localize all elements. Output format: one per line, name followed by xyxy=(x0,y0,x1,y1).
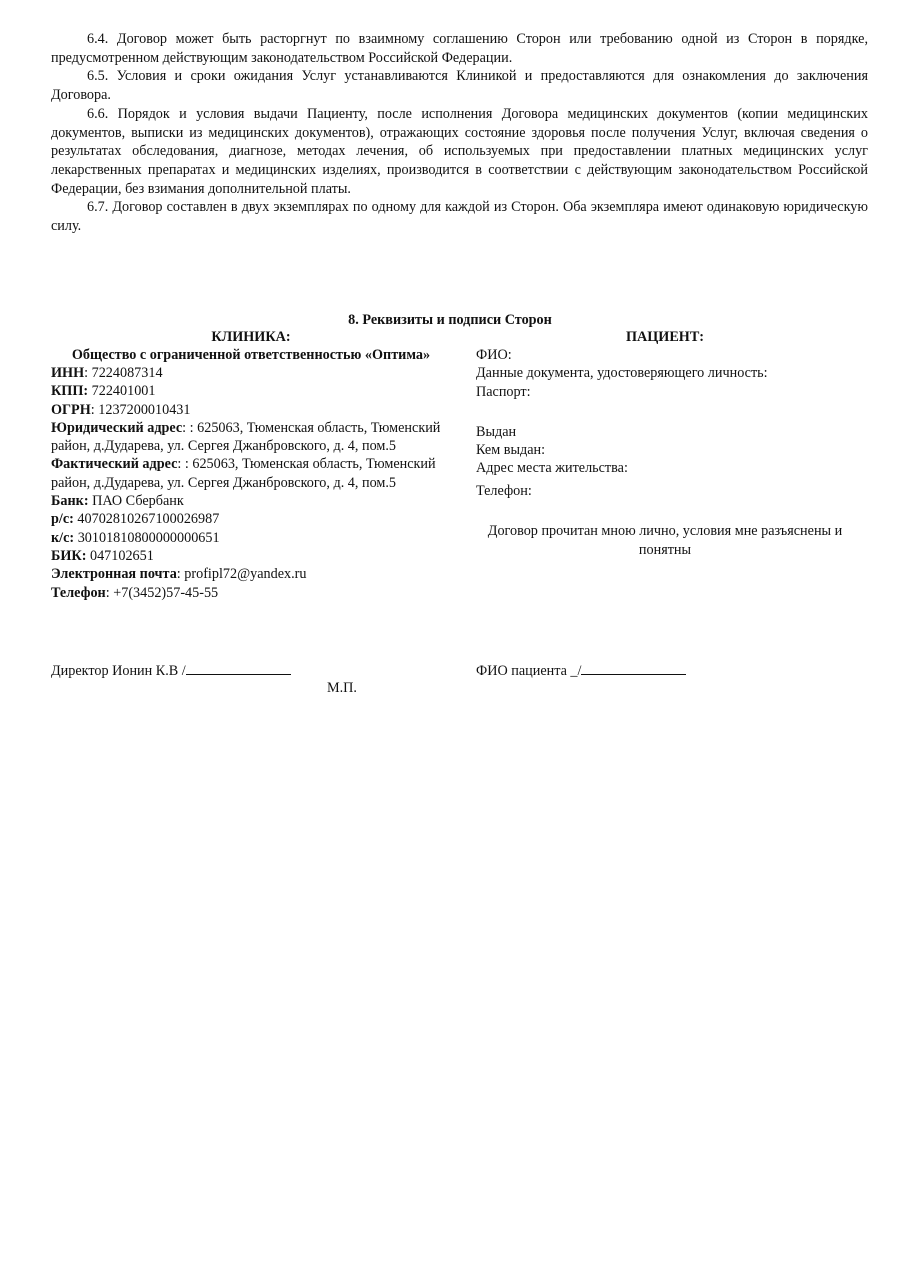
clinic-field-value: 047102651 xyxy=(86,548,153,564)
paragraph-6-7: 6.7. Договор составлен в двух экземпляра… xyxy=(51,198,868,235)
clinic-field-value: ПАО Сбербанк xyxy=(89,493,184,509)
clinic-field-label: к/с: xyxy=(51,530,74,546)
clinic-signature: Директор Ионин К.В / xyxy=(51,660,291,680)
patient-address-label: Адрес места жительства: xyxy=(476,459,876,477)
paragraph-6-6: 6.6. Порядок и условия выдачи Пациенту, … xyxy=(51,105,868,199)
patient-signature-line xyxy=(581,660,686,675)
clinic-field-label: БИК: xyxy=(51,548,86,564)
clinic-field-label: Банк: xyxy=(51,493,89,509)
contract-terms-section: 6.4. Договор может быть расторгнут по вз… xyxy=(51,30,868,236)
clinic-field: к/с: 30101810800000000651 xyxy=(51,529,451,547)
clinic-field: Юридический адрес: : 625063, Тюменская о… xyxy=(51,419,451,456)
clinic-field-label: Электронная почта xyxy=(51,566,177,582)
clinic-field-label: ОГРН xyxy=(51,402,91,418)
patient-phone-label: Телефон: xyxy=(476,482,876,500)
clinic-org-name: Общество с ограниченной ответственностью… xyxy=(51,346,451,364)
clinic-field-label: Юридический адрес xyxy=(51,420,182,436)
clinic-signature-label: Директор Ионин К.В / xyxy=(51,663,186,679)
clinic-field: КПП: 722401001 xyxy=(51,382,451,400)
clinic-field-value: 40702810267100026987 xyxy=(74,511,219,527)
stamp-label: М.П. xyxy=(327,679,357,697)
section-title: 8. Реквизиты и подписи Сторон xyxy=(0,311,900,329)
clinic-field: Фактический адрес: : 625063, Тюменская о… xyxy=(51,455,451,492)
clinic-field-label: КПП: xyxy=(51,383,88,399)
paragraph-6-4: 6.4. Договор может быть расторгнут по вз… xyxy=(51,30,868,67)
clinic-field-label: р/с: xyxy=(51,511,74,527)
clinic-details: КЛИНИКА: Общество с ограниченной ответст… xyxy=(51,328,451,602)
clinic-field-label: ИНН xyxy=(51,365,84,381)
patient-signature-label: ФИО пациента _/ xyxy=(476,663,581,679)
clinic-field: Телефон: +7(3452)57-45-55 xyxy=(51,584,451,602)
patient-details: ПАЦИЕНТ: ФИО: Данные документа, удостове… xyxy=(476,328,876,560)
patient-acknowledgement: Договор прочитан мною лично, условия мне… xyxy=(476,522,854,560)
clinic-field-label: Телефон xyxy=(51,585,106,601)
paragraph-6-5: 6.5. Условия и сроки ожидания Услуг уста… xyxy=(51,67,868,104)
clinic-field-value: 722401001 xyxy=(88,383,155,399)
clinic-field: ИНН: 7224087314 xyxy=(51,364,451,382)
clinic-fields: ИНН: 7224087314КПП: 722401001ОГРН: 12372… xyxy=(51,364,451,602)
patient-issued-by-label: Кем выдан: xyxy=(476,441,876,459)
clinic-field: ОГРН: 1237200010431 xyxy=(51,401,451,419)
clinic-field-value: : 1237200010431 xyxy=(91,402,191,418)
clinic-field-value: : profipl72@yandex.ru xyxy=(177,566,307,582)
clinic-signature-line xyxy=(186,660,291,675)
patient-signature: ФИО пациента _/ xyxy=(476,660,686,680)
clinic-field-value: : 7224087314 xyxy=(84,365,162,381)
patient-issued-label: Выдан xyxy=(476,423,876,441)
clinic-field-value: 30101810800000000651 xyxy=(74,530,219,546)
clinic-field: БИК: 047102651 xyxy=(51,547,451,565)
clinic-field-label: Фактический адрес xyxy=(51,456,177,472)
clinic-field: Электронная почта: profipl72@yandex.ru xyxy=(51,565,451,583)
patient-passport-label: Паспорт: xyxy=(476,383,876,401)
clinic-field: р/с: 40702810267100026987 xyxy=(51,510,451,528)
clinic-field-value: : +7(3452)57-45-55 xyxy=(106,585,218,601)
patient-id-doc-label: Данные документа, удостоверяющего личнос… xyxy=(476,364,876,382)
clinic-heading: КЛИНИКА: xyxy=(51,328,451,346)
clinic-field: Банк: ПАО Сбербанк xyxy=(51,492,451,510)
patient-fio-label: ФИО: xyxy=(476,346,876,364)
patient-heading: ПАЦИЕНТ: xyxy=(476,328,854,346)
